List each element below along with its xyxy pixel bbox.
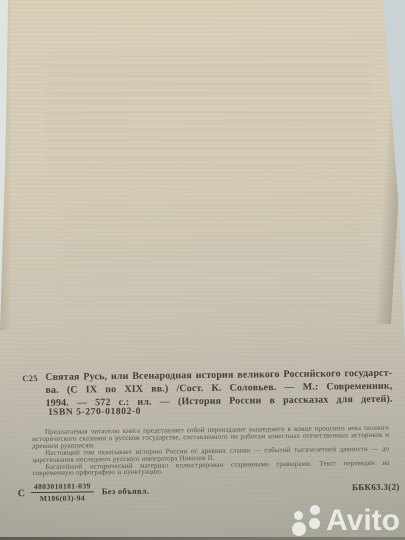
avito-wordmark: Avito <box>326 504 400 537</box>
catalog-numerator: 4803010101-039 <box>31 481 94 493</box>
bibliographic-entry: С25 Святая Русь, или Всенародная история… <box>22 367 392 411</box>
catalog-fraction: 4803010101-039 М106(03)-94 <box>31 481 94 503</box>
page-content: С25 Святая Русь, или Всенародная история… <box>0 0 405 540</box>
annotation-text: Предлагаемая читателю книга представляет… <box>32 425 390 478</box>
classification-code: С25 <box>22 371 45 410</box>
print-run-note: Без объявл. <box>102 485 150 496</box>
avito-watermark: Avito <box>292 504 400 537</box>
book-page-photo: С25 Святая Русь, или Всенародная история… <box>0 0 405 540</box>
bbk-code: ББК63.3(2) <box>352 482 400 493</box>
isbn-line: ISBN 5-270-01802-0 <box>49 407 141 418</box>
bibliographic-lines: Святая Русь, или Всенародная история вел… <box>45 367 392 410</box>
avito-logo-icon <box>292 504 322 537</box>
annotation-paragraph: Богатейший исторический материал иллюстр… <box>32 459 389 477</box>
catalog-formula: С 4803010101-039 М106(03)-94 Без объявл. <box>18 478 400 504</box>
book-page: С25 Святая Русь, или Всенародная история… <box>0 0 405 540</box>
catalog-letter: С <box>18 488 25 499</box>
catalog-denominator: М106(03)-94 <box>31 492 94 503</box>
catalog-index: С 4803010101-039 М106(03)-94 Без объявл.… <box>18 478 400 505</box>
